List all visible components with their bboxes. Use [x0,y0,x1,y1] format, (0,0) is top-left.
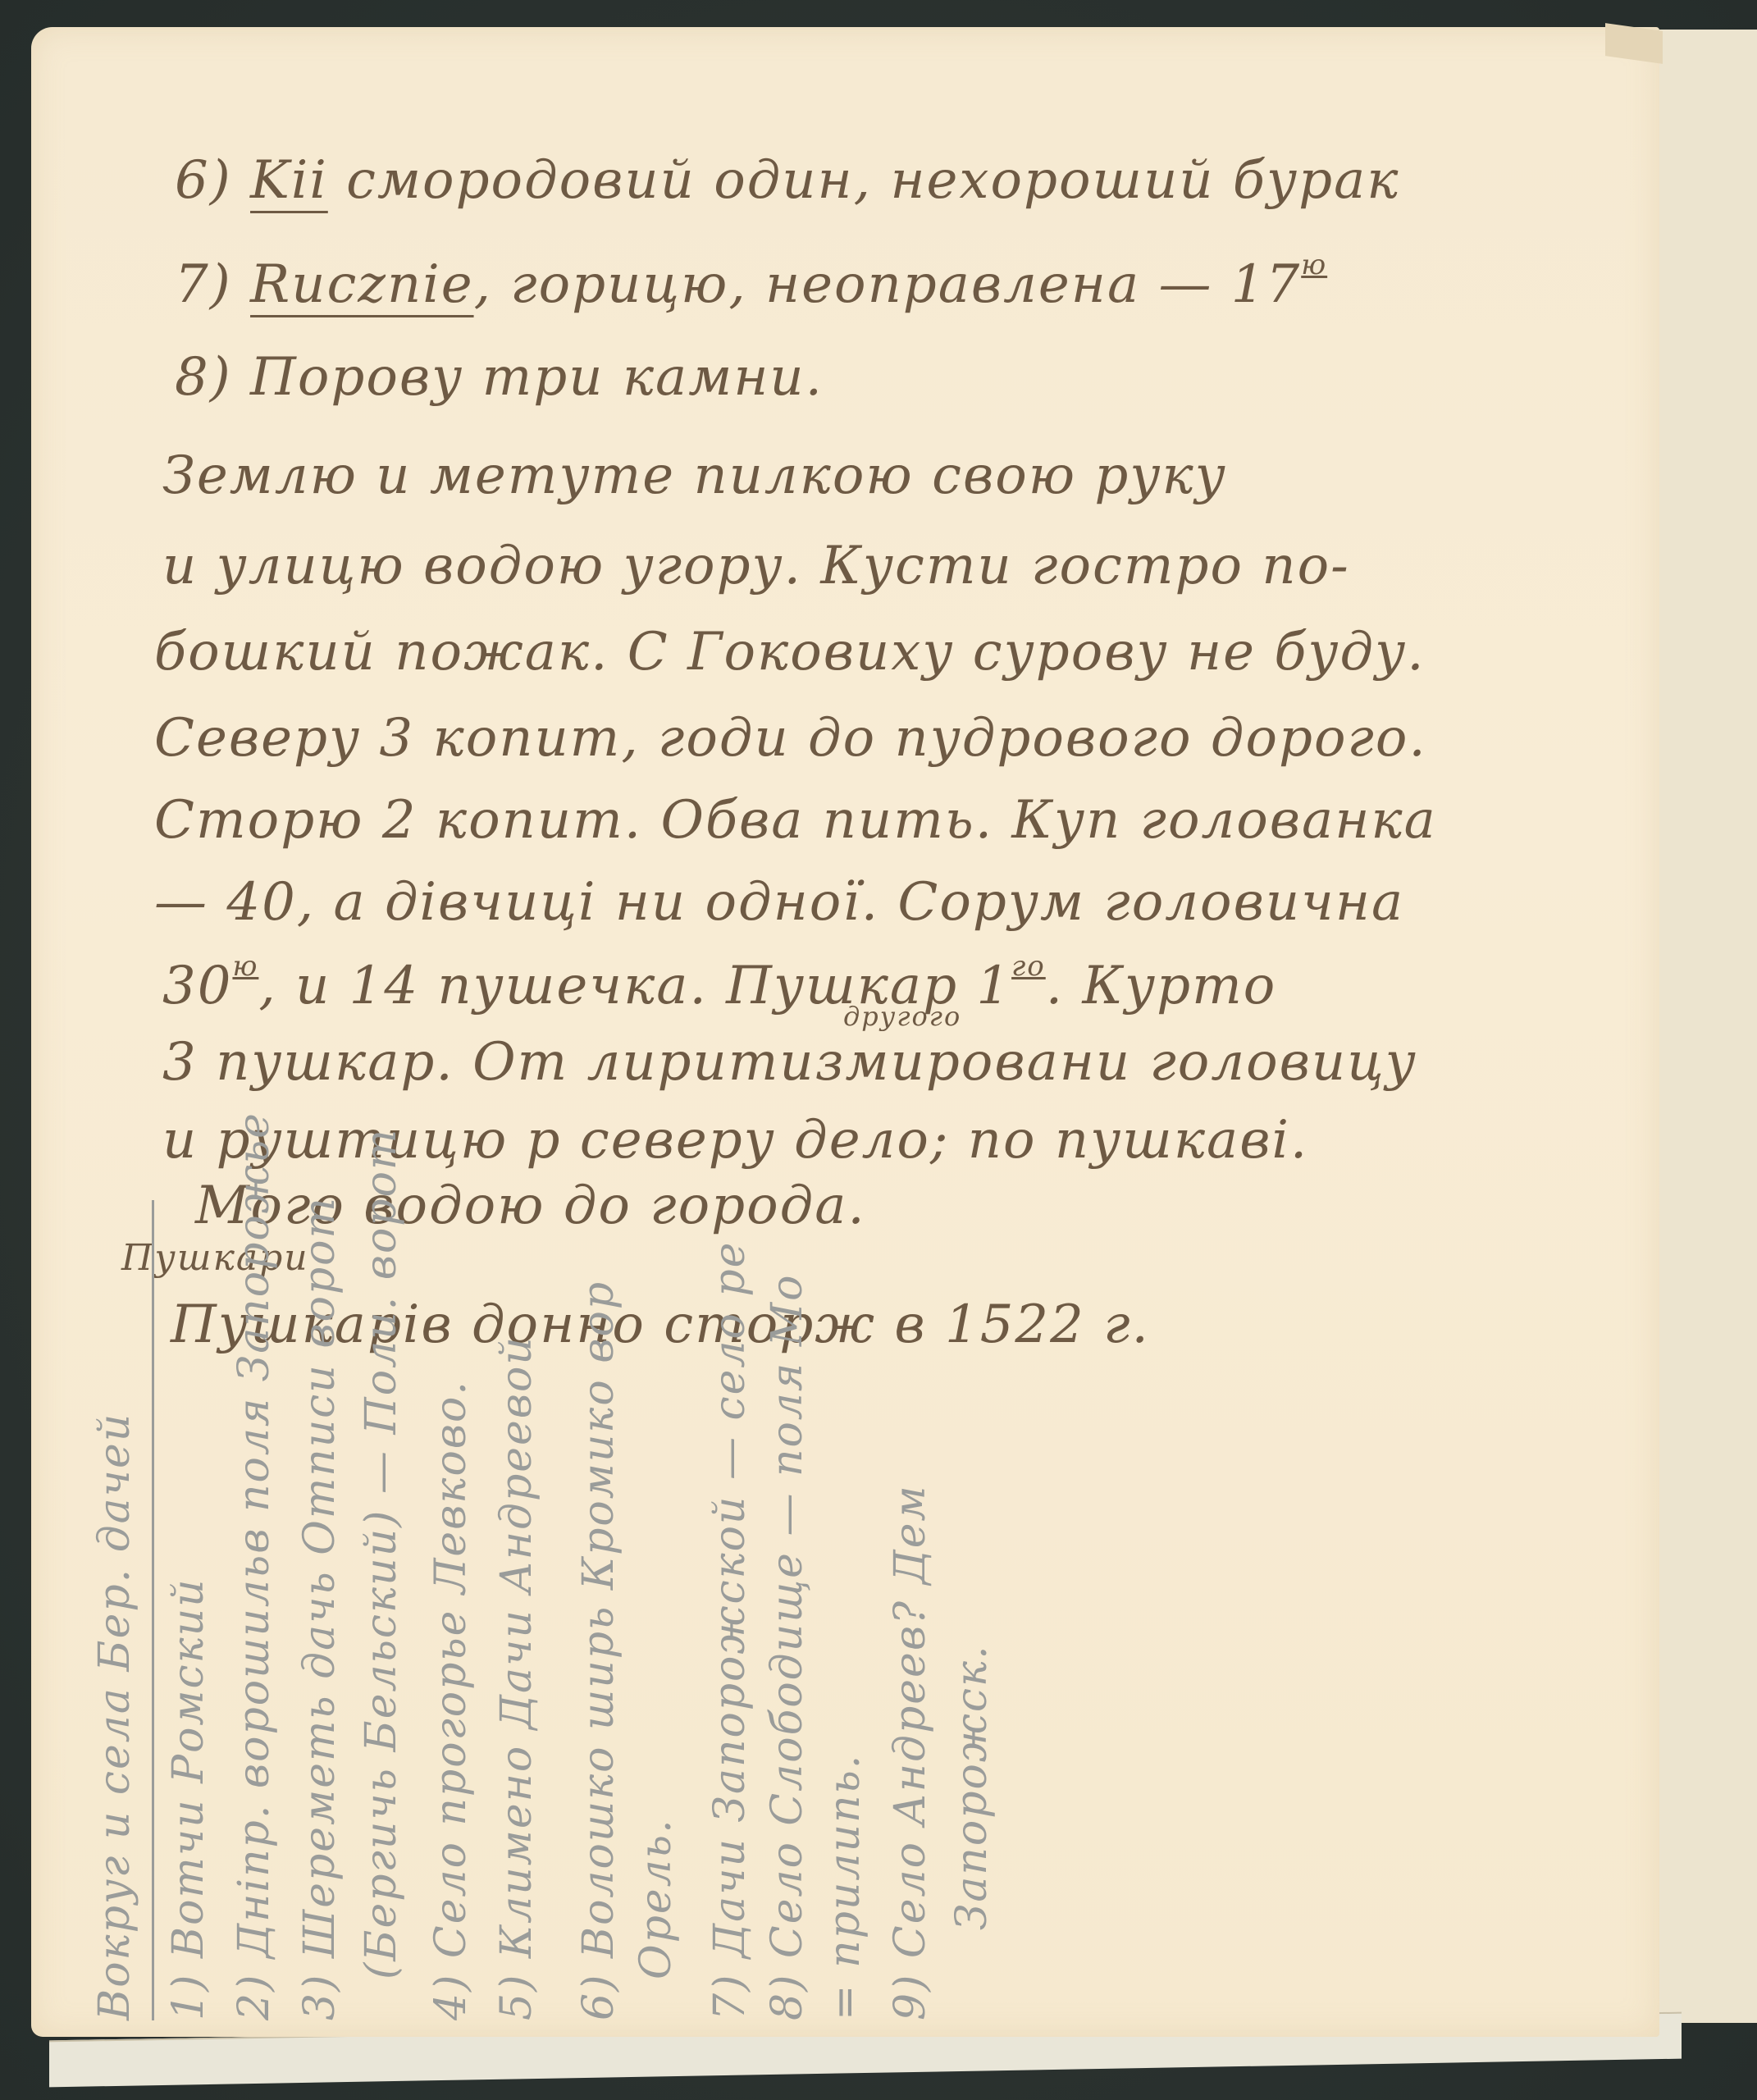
item-text: смородовий один, нехороший бурак [346,150,1399,211]
superscript: го [1011,950,1046,983]
item-number: 8) [175,347,232,408]
pencil-line: 8) Село Слободище — поля Мо [763,1274,812,2020]
ink-line-6: 6) Kii смородовий один, нехороший бурак [175,150,1399,211]
pencil-line: 1) Вотчи Ромский [164,1577,213,2020]
ink-line-11: бошкий пожак. С Гоковиху сурову не буду. [154,622,1426,682]
pencil-line: 4) Село прогорье Левково. [427,1380,476,2020]
ink-line-14: — 40, а дівчиці ни одної. Сорум головичн… [154,872,1404,933]
pencil-line: 5) Климено Дачи Андреевой [492,1335,541,2020]
ink-line-16: другого 3 пушкар. От лиритизмировани гол… [162,1032,1417,1093]
heading-rule [152,1200,154,2020]
item-text: Порову три камни. [250,347,824,408]
ink-line-9: Землю и метуте пилкою свою руку [162,445,1227,506]
ink-line-12: Северу 3 копит, годи до пудрового дорого… [154,708,1427,769]
ink-line-15: 30ю, и 14 пушечка. Пушкар 1го. Курто [162,950,1276,1016]
pencil-line: 3) Шереметь дачь Отписи ворот [295,1196,345,2020]
pencil-line: (Бергичь Бельский) — Поли. ворот [357,1128,406,1979]
ink-line-8: 8) Порову три камни. [175,347,824,408]
pencil-line: 2) Дніпр. ворошильв поля Запорожье [230,1112,279,2020]
item-keyword: Kii [250,150,328,211]
superscript: ю [232,950,258,983]
adjacent-page [1657,30,1757,2023]
item-text: , горицю, неоправлена — 17 [474,254,1302,315]
pencil-line: = прилипь. [820,1754,869,2020]
ink-line-7: 7) Rucznie, горицю, неоправлена — 17ю [175,249,1327,315]
item-number: 7) [175,254,232,315]
item-keyword: Rucznie [250,254,474,315]
manuscript-page: 6) Kii смородовий один, нехороший бурак … [31,27,1659,2037]
pencil-line: 6) Волошко ширь Кромико вор [574,1281,623,2020]
superscript: ю [1301,249,1327,281]
item-text: 3 пушкар. От лиритизмировани головицу [162,1032,1417,1093]
number: 30 [162,956,232,1016]
pencil-line: Орель. [632,1818,681,1979]
pencil-line: 7) Дачи Запорожской — село ре [705,1241,755,2020]
ink-line-13: Сторю 2 копит. Обва пить. Куп голованка [154,790,1437,851]
ink-line-10: и улицю водою угору. Кусти гостро по- [162,536,1350,596]
pencil-heading: Вокруг и села Бер. дачей [90,1413,139,2020]
item-text-tail: . Курто [1046,956,1277,1016]
pencil-line: 9) Село Андреев? Дем [886,1484,935,2020]
interlinear-insertion: другого [843,1001,961,1032]
item-number: 6) [175,150,232,211]
pencil-notes-rotated: Вокруг и села Бер. дачей 1) Вотчи Ромски… [74,1085,1009,2029]
page-corner-fold [1605,23,1663,64]
pencil-line: Запорожск. [947,1644,997,1930]
